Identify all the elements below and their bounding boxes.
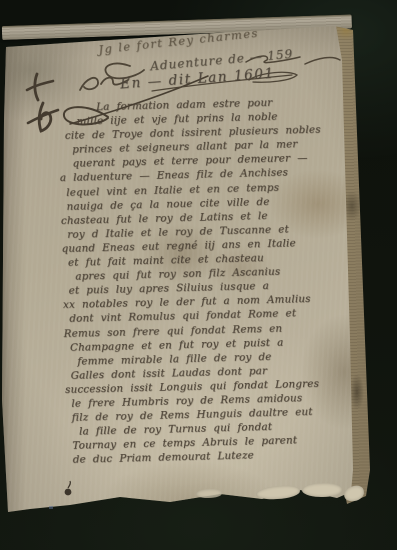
handwriting-block: La formation adam estre pour mille iije …: [58, 94, 367, 468]
manuscript-photo: Jg le fort Rey charmes Aduenture de — 15…: [0, 0, 397, 550]
paper-damage-chunk: [196, 489, 222, 498]
